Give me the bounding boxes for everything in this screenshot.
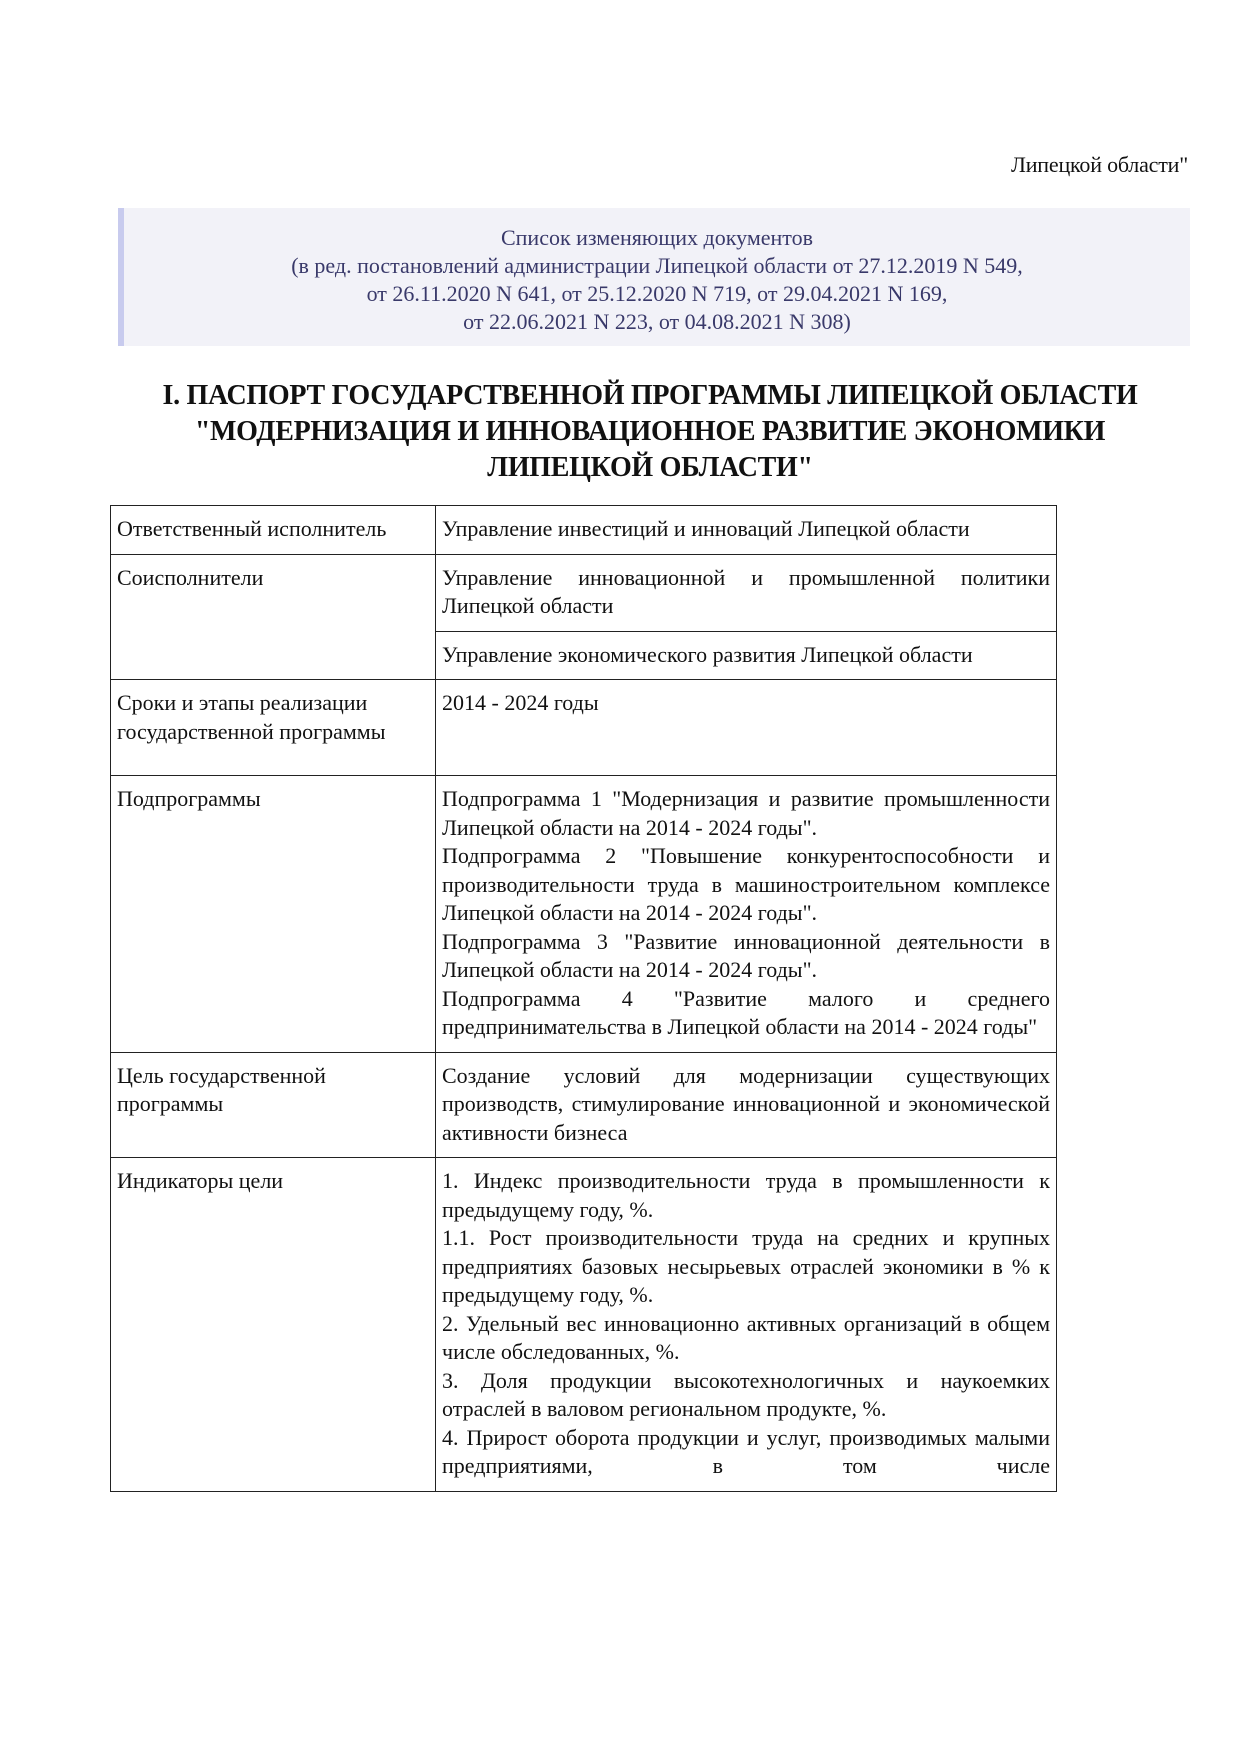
table-row: Подпрограммы Подпрограмма 1 "Модернизаци… [111,776,1057,1053]
indicator-item: 3. Доля продукции высокотехнологичных и … [442,1367,1050,1424]
changes-list-line: от 26.11.2020 N 641, от 25.12.2020 N 719… [124,280,1190,308]
indicator-item: 1. Индекс производительности труда в про… [442,1167,1050,1224]
subprogram-item: Подпрограмма 3 "Развитие инновационной д… [442,928,1050,985]
row-value-responsible: Управление инвестиций и инноваций Липецк… [436,506,1057,555]
row-label-indicators: Индикаторы цели [111,1158,436,1492]
row-value-subprograms: Подпрограмма 1 "Модернизация и развитие … [436,776,1057,1053]
indicator-item: 4. Прирост оборота продукции и услуг, пр… [442,1424,1050,1481]
row-label-goal: Цель государственной программы [111,1052,436,1158]
table-row: Индикаторы цели 1. Индекс производительн… [111,1158,1057,1492]
changes-list-title: Список изменяющих документов [124,224,1190,252]
document-header-note: Липецкой области" [1011,152,1188,178]
row-label-responsible: Ответственный исполнитель [111,506,436,555]
table-row: Цель государственной программы Создание … [111,1052,1057,1158]
table-row: Соисполнители Управление инновационной и… [111,554,1057,631]
indicator-item: 2. Удельный вес инновационно активных ор… [442,1310,1050,1367]
row-label-terms: Сроки и этапы реализации государственной… [111,680,436,776]
row-value-co-executor: Управление инновационной и промышленной … [436,554,1057,631]
passport-table: Ответственный исполнитель Управление инв… [110,505,1057,1492]
changes-list-line: от 22.06.2021 N 223, от 04.08.2021 N 308… [124,308,1190,336]
indicator-item: 1.1. Рост производительности труда на ср… [442,1224,1050,1310]
row-value-co-executor: Управление экономического развития Липец… [436,631,1057,680]
table-row: Сроки и этапы реализации государственной… [111,680,1057,776]
subprogram-item: Подпрограмма 2 "Повышение конкурентоспос… [442,842,1050,928]
row-value-indicators: 1. Индекс производительности труда в про… [436,1158,1057,1492]
row-value-terms: 2014 - 2024 годы [436,680,1057,776]
section-title-line: I. ПАСПОРТ ГОСУДАРСТВЕННОЙ ПРОГРАММЫ ЛИП… [100,378,1200,414]
section-title-line: ЛИПЕЦКОЙ ОБЛАСТИ" [100,450,1200,486]
row-label-co-executors: Соисполнители [111,554,436,680]
co-executor-text: Управление экономического развития Липец… [442,642,973,667]
subprogram-item: Подпрограмма 4 "Развитие малого и средне… [442,985,1050,1042]
row-value-goal: Создание условий для модернизации сущест… [436,1052,1057,1158]
subprogram-item: Подпрограмма 1 "Модернизация и развитие … [442,785,1050,842]
row-label-subprograms: Подпрограммы [111,776,436,1053]
changes-list-line: (в ред. постановлений администрации Липе… [124,252,1190,280]
table-row: Ответственный исполнитель Управление инв… [111,506,1057,555]
changes-list-box: Список изменяющих документов (в ред. пос… [118,208,1190,346]
section-title: I. ПАСПОРТ ГОСУДАРСТВЕННОЙ ПРОГРАММЫ ЛИП… [100,378,1200,486]
section-title-line: "МОДЕРНИЗАЦИЯ И ИННОВАЦИОННОЕ РАЗВИТИЕ Э… [100,414,1200,450]
